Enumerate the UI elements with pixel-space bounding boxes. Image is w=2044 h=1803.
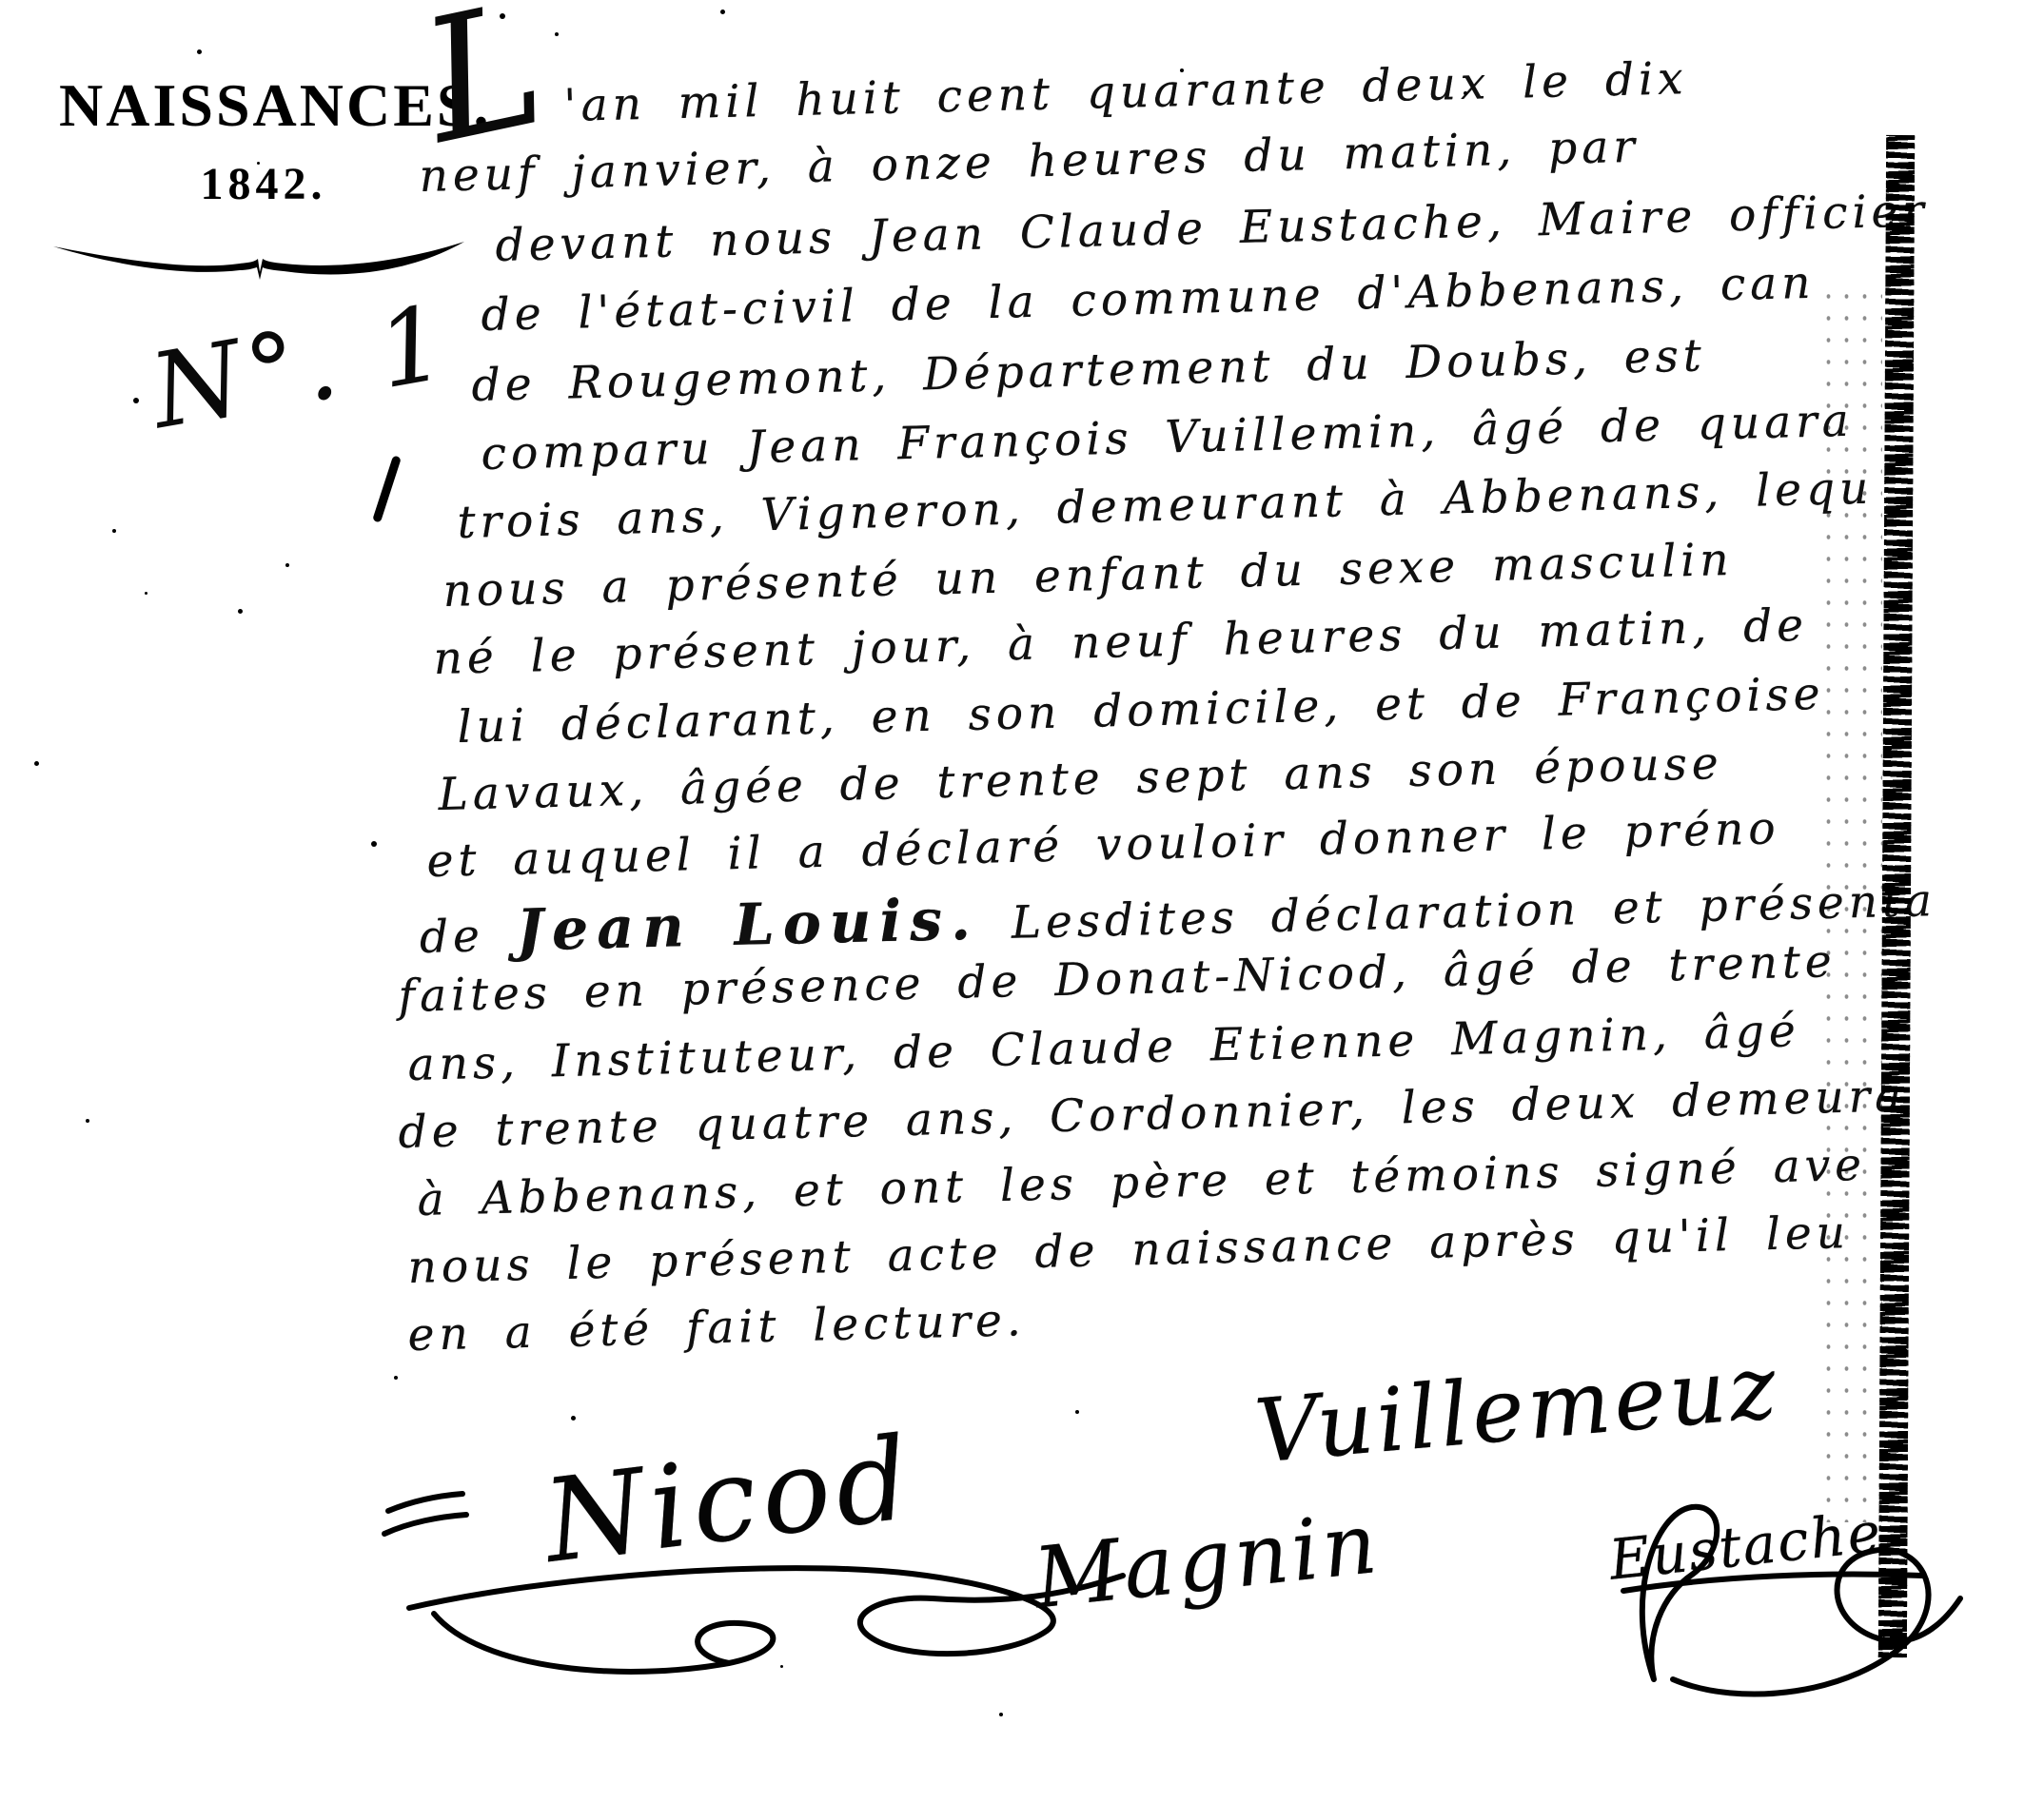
- ink-speck: [571, 1416, 576, 1421]
- ink-speck: [34, 761, 39, 766]
- act-number: N°. 1: [143, 283, 460, 452]
- ink-speck: [145, 592, 147, 595]
- ink-speck: [371, 841, 377, 847]
- ink-speck: [555, 32, 559, 36]
- eustache-flourish-ascender: [1642, 1507, 1717, 1679]
- ink-speck: [1464, 91, 1467, 95]
- register-year: 1842.: [59, 158, 468, 210]
- ink-speck: [720, 10, 725, 14]
- ink-speck: [999, 1713, 1003, 1716]
- nicod-flourish-dash-1: [388, 1494, 462, 1511]
- eustache-flourish-strike: [1623, 1575, 1922, 1591]
- act-line-4: de l'état-civil de la commune d'Abbenans…: [481, 257, 1816, 342]
- act-line-1: 'an mil huit cent quarante deux le dix: [563, 52, 1688, 132]
- ink-speck: [112, 529, 116, 533]
- nicod-flourish-dash-2: [384, 1515, 466, 1534]
- ink-speck: [86, 1119, 89, 1123]
- header-flourish-path: [53, 242, 464, 280]
- act-line-19: en a été fait lecture.: [407, 1294, 1026, 1362]
- act-line-2: neuf janvier, à onze heures du matin, pa…: [419, 121, 1640, 203]
- act-line-5: de Rougemont, Département du Doubs, est: [471, 329, 1706, 412]
- scan-noise-band: [1878, 135, 1915, 1657]
- ink-speck: [500, 13, 505, 19]
- ink-speck: [238, 609, 243, 614]
- ink-speck: [285, 563, 289, 567]
- scanned-birth-register-page: NAISSANCES. 1842. N°. 1 L 'an mil huit c…: [0, 0, 2044, 1803]
- nicod-flourish-sweep: [409, 1568, 1123, 1654]
- ink-speck: [197, 49, 202, 54]
- header-flourish-rule: [49, 230, 468, 282]
- signature-vuillemeuz: Vuillemeuz: [1251, 1336, 1783, 1483]
- ink-speck: [133, 398, 139, 403]
- scan-noise-specks: [1819, 285, 1882, 1522]
- ink-speck: [394, 1376, 398, 1380]
- register-title: NAISSANCES.: [59, 70, 468, 141]
- ink-speck: [1075, 1410, 1079, 1414]
- eustache-flourish-loop: [1673, 1550, 1960, 1695]
- stray-ink-stroke: [372, 455, 402, 522]
- nicod-signature-flourish: [379, 1484, 1150, 1694]
- nicod-flourish-loop: [434, 1614, 773, 1672]
- ink-speck: [1180, 69, 1184, 72]
- child-name: Jean Louis.: [516, 887, 980, 965]
- ink-speck: [780, 1665, 783, 1668]
- ink-speck: [257, 162, 260, 165]
- act-line-13-prefix: de: [419, 910, 484, 964]
